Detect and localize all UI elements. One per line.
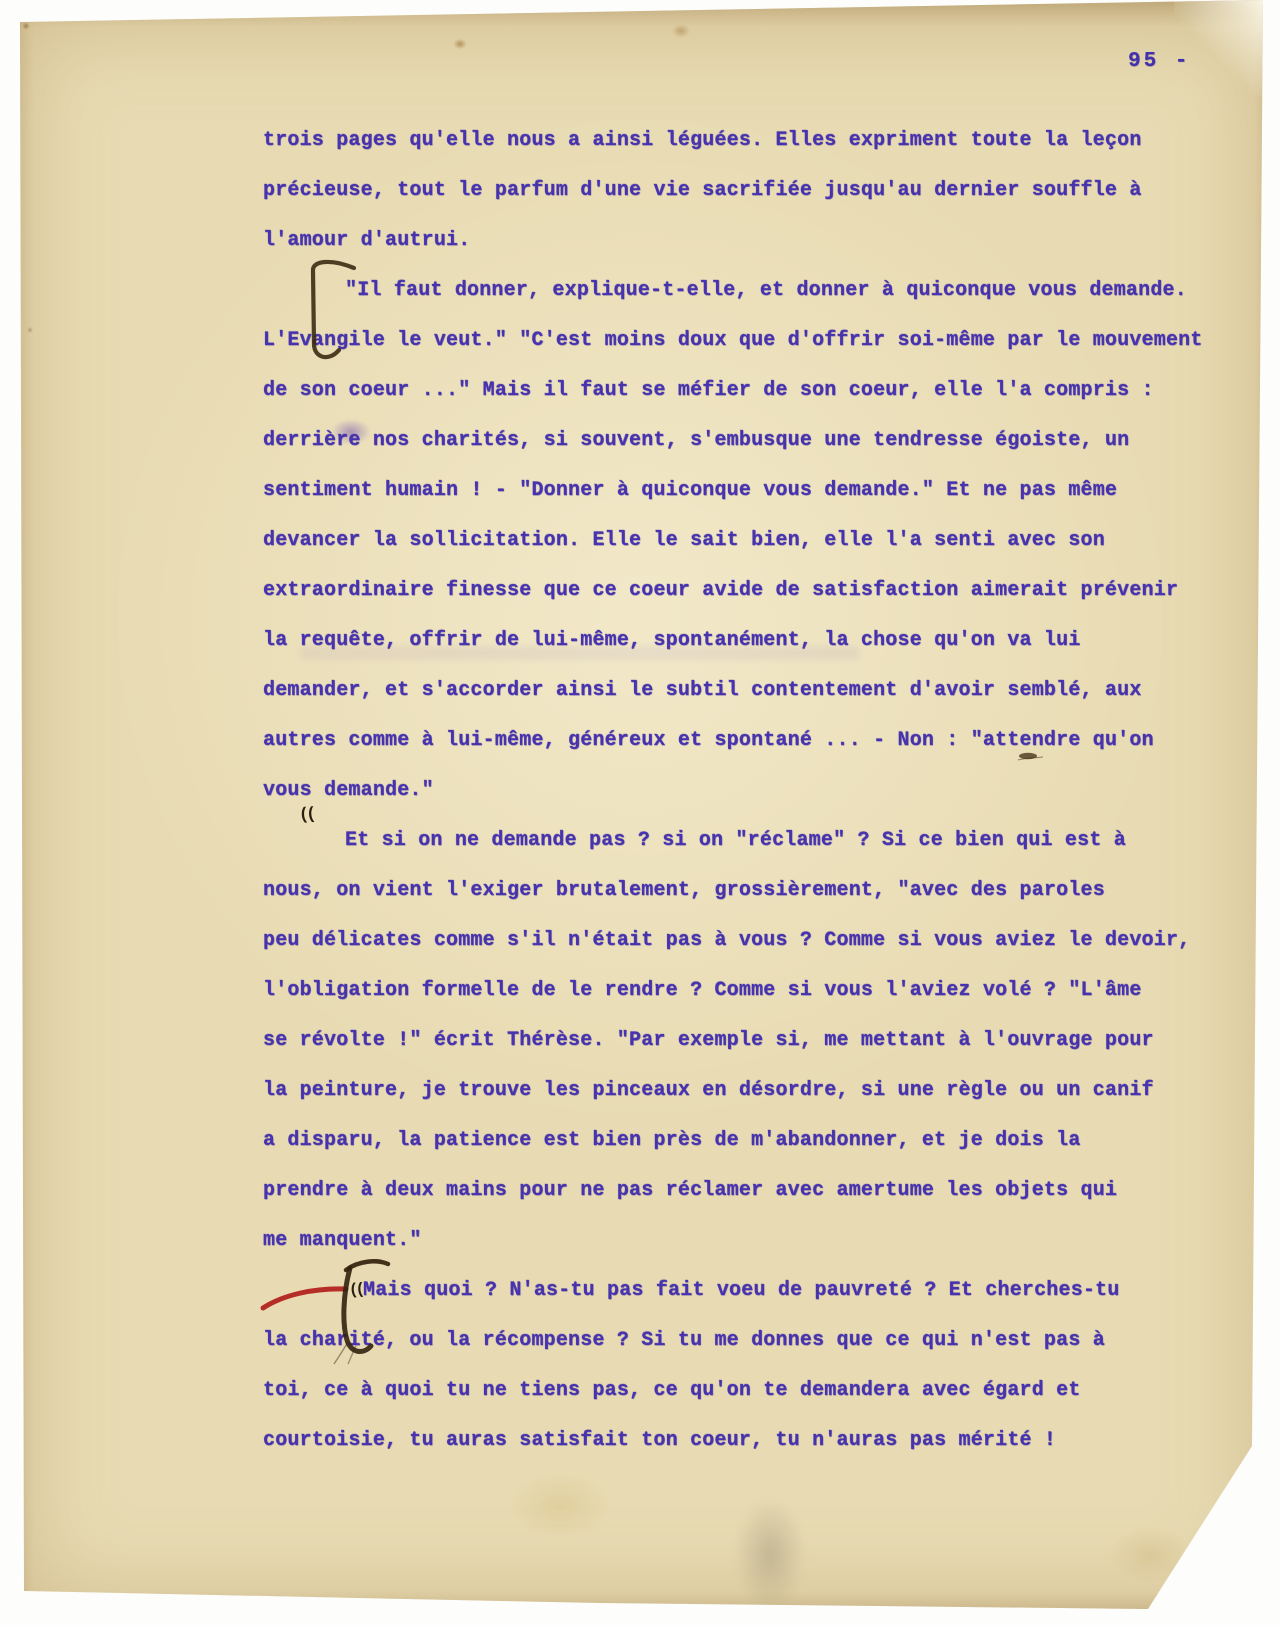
ink-bracket-mark	[332, 1254, 394, 1368]
text-line: la requête, offrir de lui-même, spontané…	[263, 616, 1223, 666]
text-line: sentiment humain ! - "Donner à quiconque…	[263, 466, 1223, 516]
text-line: devancer la sollicitation. Elle le sait …	[263, 516, 1223, 566]
text-line: la charité, ou la récompense ? Si tu me …	[263, 1316, 1223, 1366]
paragraph-2: "Il faut donner, explique-t-elle, et don…	[263, 266, 1223, 816]
paragraph-3: Et si on ne demande pas ? si on "réclame…	[263, 816, 1223, 1266]
text-line: "Il faut donner, explique-t-elle, et don…	[263, 266, 1223, 316]
text-line: trois pages qu'elle nous a ainsi léguées…	[263, 116, 1223, 166]
text-line: vous demande."	[263, 766, 1223, 816]
text-line: précieuse, tout le parfum d'une vie sacr…	[263, 166, 1223, 216]
text-line: autres comme à lui-même, généreux et spo…	[263, 716, 1223, 766]
ink-smudge-mark	[1017, 749, 1045, 763]
paragraph-1: trois pages qu'elle nous a ainsi léguées…	[263, 116, 1223, 266]
ink-bracket-mark	[296, 254, 368, 372]
text-line: demander, et s'accorder ainsi le subtil …	[263, 666, 1223, 716]
text-line: courtoisie, tu auras satisfait ton coeur…	[263, 1416, 1223, 1466]
manuscript-page: 95 - trois pages qu'elle nous a ainsi lé…	[0, 0, 1280, 1625]
text-line: de son coeur ..." Mais il faut se méfier…	[263, 366, 1223, 416]
text-line: peu délicates comme s'il n'était pas à v…	[263, 916, 1223, 966]
text-line: la peinture, je trouve les pinceaux en d…	[263, 1066, 1223, 1116]
paper-corner-crease	[1174, 0, 1266, 96]
text-line: Mais quoi ? N'as-tu pas fait voeu de pau…	[263, 1266, 1223, 1316]
page-number: 95 -	[1128, 50, 1190, 73]
text-line: extraordinaire finesse que ce coeur avid…	[263, 566, 1223, 616]
text-line: toi, ce à quoi tu ne tiens pas, ce qu'on…	[263, 1366, 1223, 1416]
text-line: nous, on vient l'exiger brutalement, gro…	[263, 866, 1223, 916]
text-line: L'Evangile le veut." "C'est moins doux q…	[263, 316, 1223, 366]
text-line: se révolte !" écrit Thérèse. "Par exempl…	[263, 1016, 1223, 1066]
text-line: derrière nos charités, si souvent, s'emb…	[263, 416, 1223, 466]
text-line: l'obligation formelle de le rendre ? Com…	[263, 966, 1223, 1016]
paragraph-4: Mais quoi ? N'as-tu pas fait voeu de pau…	[263, 1266, 1223, 1466]
text-line: Et si on ne demande pas ? si on "réclame…	[263, 816, 1223, 866]
text-line: prendre à deux mains pour ne pas réclame…	[263, 1166, 1223, 1216]
text-line: me manquent."	[263, 1216, 1223, 1266]
double-paren-mark: ((	[298, 806, 314, 826]
text-line: l'amour d'autrui.	[263, 216, 1223, 266]
typewritten-text: trois pages qu'elle nous a ainsi léguées…	[263, 116, 1223, 1466]
double-paren-mark: ((	[348, 1281, 362, 1300]
text-line: a disparu, la patience est bien près de …	[263, 1116, 1223, 1166]
paper-smudge-stain	[735, 1498, 805, 1610]
